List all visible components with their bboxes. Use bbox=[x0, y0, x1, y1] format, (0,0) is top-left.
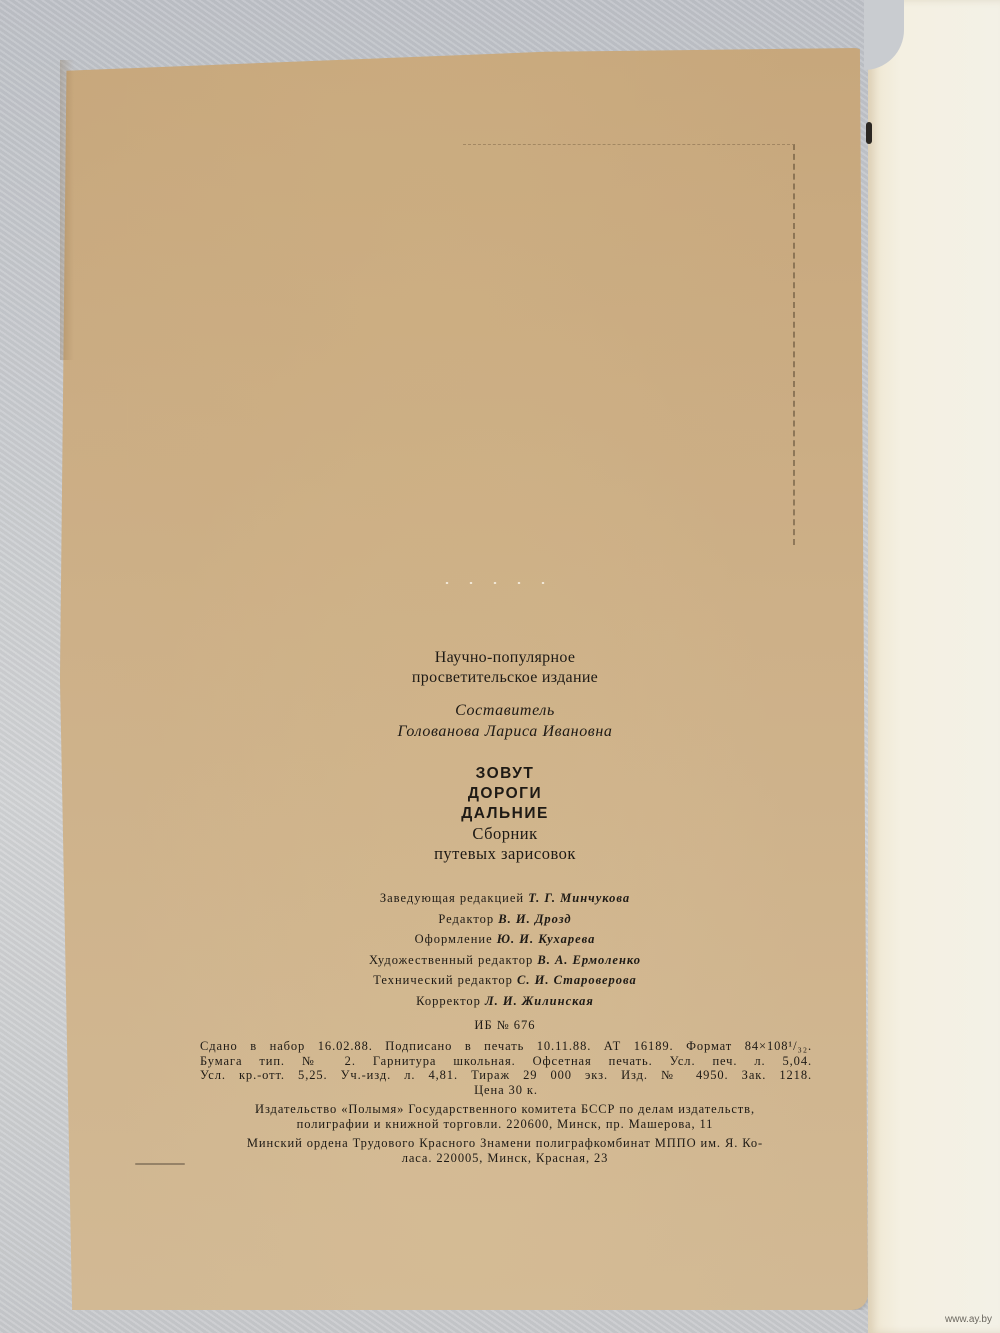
credit-name: В. И. Дрозд bbox=[498, 912, 571, 926]
price: Цена 30 к. bbox=[200, 1083, 812, 1098]
credit-row: Редактор В. И. Дрозд bbox=[190, 909, 820, 930]
credit-role: Заведующая редакцией bbox=[380, 891, 524, 905]
book-genre-line-1: Сборник bbox=[190, 824, 820, 844]
title-line: ЗОВУТ bbox=[190, 764, 820, 784]
colophon: Научно-популярное просветительское издан… bbox=[190, 648, 820, 1165]
compiler-name: Голованова Лариса Ивановна bbox=[190, 721, 820, 742]
credit-name: Т. Г. Минчукова bbox=[528, 891, 630, 905]
subtitle-line-1: Научно-популярное bbox=[190, 648, 820, 668]
imprint-line-1: Сдано в набор 16.02.88. Подписано в печа… bbox=[200, 1039, 812, 1054]
credit-role: Технический редактор bbox=[373, 973, 513, 987]
publisher-line-1: Издательство «Полымя» Государственного к… bbox=[190, 1102, 820, 1117]
facing-page bbox=[868, 0, 1000, 1333]
imprint-line-3: Усл. кр.-отт. 5,25. Уч.-изд. л. 4,81. Ти… bbox=[200, 1068, 812, 1083]
credit-row: Технический редактор С. И. Староверова bbox=[190, 970, 820, 991]
credit-role: Корректор bbox=[416, 994, 481, 1008]
site-watermark: www.ay.by bbox=[945, 1314, 992, 1325]
credit-role: Редактор bbox=[438, 912, 494, 926]
credit-row: Корректор Л. И. Жилинская bbox=[190, 991, 820, 1012]
credit-row: Оформление Ю. И. Кухарева bbox=[190, 929, 820, 950]
credit-name: Ю. И. Кухарева bbox=[497, 932, 596, 946]
credit-name: С. И. Староверова bbox=[517, 973, 637, 987]
compiler-block: Составитель Голованова Лариса Ивановна bbox=[190, 700, 820, 742]
credit-row: Художественный редактор В. А. Ермоленко bbox=[190, 950, 820, 971]
show-through-dots bbox=[435, 582, 545, 584]
credit-role: Художественный редактор bbox=[369, 953, 533, 967]
printer-block: Минский ордена Трудового Красного Знамен… bbox=[190, 1136, 820, 1165]
subtitle-block: Научно-популярное просветительское издан… bbox=[190, 648, 820, 688]
book-genre-line-2: путевых зарисовок bbox=[190, 844, 820, 864]
credit-row: Заведующая редакцией Т. Г. Минчукова bbox=[190, 888, 820, 909]
show-through-frame bbox=[463, 144, 795, 545]
imprint-block: Сдано в набор 16.02.88. Подписано в печа… bbox=[190, 1039, 820, 1097]
publisher-block: Издательство «Полымя» Государственного к… bbox=[190, 1102, 820, 1131]
subtitle-line-2: просветительское издание bbox=[190, 668, 820, 688]
ink-smudge bbox=[135, 1163, 185, 1165]
binding-staple bbox=[866, 122, 872, 144]
title-line: ДОРОГИ bbox=[190, 784, 820, 804]
credit-role: Оформление bbox=[415, 932, 493, 946]
ib-number: ИБ № 676 bbox=[190, 1015, 820, 1035]
compiler-label: Составитель bbox=[190, 700, 820, 721]
printer-line-1: Минский ордена Трудового Красного Знамен… bbox=[190, 1136, 820, 1151]
title-line: ДАЛЬНИЕ bbox=[190, 804, 820, 824]
publisher-line-2: полиграфии и книжной торговли. 220600, М… bbox=[190, 1117, 820, 1132]
printer-line-2: ласа. 220005, Минск, Красная, 23 bbox=[190, 1151, 820, 1166]
imprint-line-2: Бумага тип. № 2. Гарнитура школьная. Офс… bbox=[200, 1054, 812, 1069]
credits-list: Заведующая редакцией Т. Г. Минчукова Ред… bbox=[190, 888, 820, 1011]
page-edge-shadow bbox=[60, 60, 74, 360]
credit-name: В. А. Ермоленко bbox=[537, 953, 641, 967]
book-title: ЗОВУТ ДОРОГИ ДАЛЬНИЕ bbox=[190, 764, 820, 824]
credit-name: Л. И. Жилинская bbox=[485, 994, 594, 1008]
